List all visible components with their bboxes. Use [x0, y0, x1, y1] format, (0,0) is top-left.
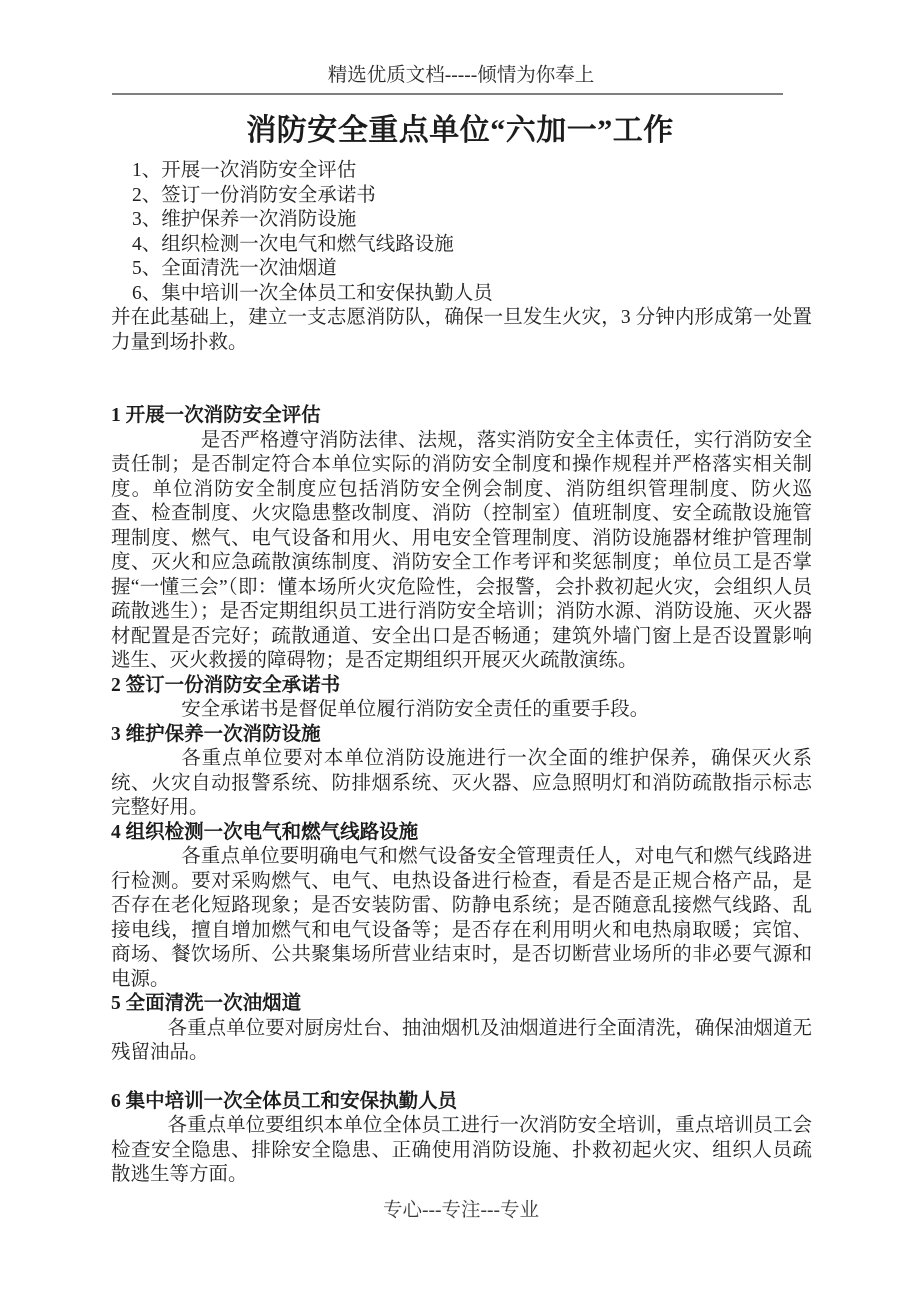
- section-body: 各重点单位要对本单位消防设施进行一次全面的维护保养，确保灭火系统、火灾自动报警系…: [111, 747, 812, 821]
- section-heading: 3 维护保养一次消防设施: [111, 723, 812, 748]
- intro-list: 1、开展一次消防安全评估 2、签订一份消防安全承诺书 3、维护保养一次消防设施 …: [111, 159, 812, 306]
- list-item: 1、开展一次消防安全评估: [132, 159, 812, 184]
- section-4: 4 组织检测一次电气和燃气线路设施 各重点单位要明确电气和燃气设备安全管理责任人…: [111, 821, 812, 993]
- section-body: 安全承诺书是督促单位履行消防安全责任的重要手段。: [111, 698, 812, 723]
- section-2: 2 签订一份消防安全承诺书 安全承诺书是督促单位履行消防安全责任的重要手段。: [111, 674, 812, 723]
- list-item: 3、维护保养一次消防设施: [132, 208, 812, 233]
- list-item: 2、签订一份消防安全承诺书: [132, 184, 812, 209]
- section-3: 3 维护保养一次消防设施 各重点单位要对本单位消防设施进行一次全面的维护保养，确…: [111, 723, 812, 821]
- section-heading: 2 签订一份消防安全承诺书: [111, 674, 812, 699]
- page-footer: 专心---专注---专业: [111, 1199, 811, 1223]
- document-page: 精选优质文档-----倾情为你奉上 消防安全重点单位“六加一”工作 1、开展一次…: [0, 0, 920, 1302]
- list-item: 5、全面清洗一次油烟道: [132, 257, 812, 282]
- section-5: 5 全面清洗一次油烟道 各重点单位要对厨房灶台、抽油烟机及油烟道进行全面清洗，确…: [111, 992, 812, 1066]
- section-body: 各重点单位要对厨房灶台、抽油烟机及油烟道进行全面清洗，确保油烟道无残留油品。: [111, 1017, 812, 1066]
- header-slogan: 精选优质文档-----倾情为你奉上: [111, 64, 811, 88]
- header-divider: [112, 93, 783, 95]
- section-body: 各重点单位要明确电气和燃气设备安全管理责任人，对电气和燃气线路进行检测。要对采购…: [111, 845, 812, 992]
- list-item: 4、组织检测一次电气和燃气线路设施: [132, 233, 812, 258]
- document-content: 1、开展一次消防安全评估 2、签订一份消防安全承诺书 3、维护保养一次消防设施 …: [111, 159, 812, 1188]
- section-heading: 4 组织检测一次电气和燃气线路设施: [111, 821, 812, 846]
- page-title: 消防安全重点单位“六加一”工作: [0, 110, 920, 152]
- section-1: 1 开展一次消防安全评估 是否严格遵守消防法律、法规，落实消防安全主体责任，实行…: [111, 404, 812, 674]
- section-heading: 5 全面清洗一次油烟道: [111, 992, 812, 1017]
- list-item: 6、集中培训一次全体员工和安保执勤人员: [132, 282, 812, 307]
- section-body: 是否严格遵守消防法律、法规，落实消防安全主体责任，实行消防安全责任制；是否制定符…: [111, 429, 812, 674]
- section-6: 6 集中培训一次全体员工和安保执勤人员 各重点单位要组织本单位全体员工进行一次消…: [111, 1090, 812, 1188]
- section-body: 各重点单位要组织本单位全体员工进行一次消防安全培训，重点培训员工会检查安全隐患、…: [111, 1114, 812, 1188]
- section-heading: 1 开展一次消防安全评估: [111, 404, 812, 429]
- intro-summary: 并在此基础上，建立一支志愿消防队，确保一旦发生火灾，3 分钟内形成第一处置力量到…: [111, 306, 812, 355]
- section-heading: 6 集中培训一次全体员工和安保执勤人员: [111, 1090, 812, 1115]
